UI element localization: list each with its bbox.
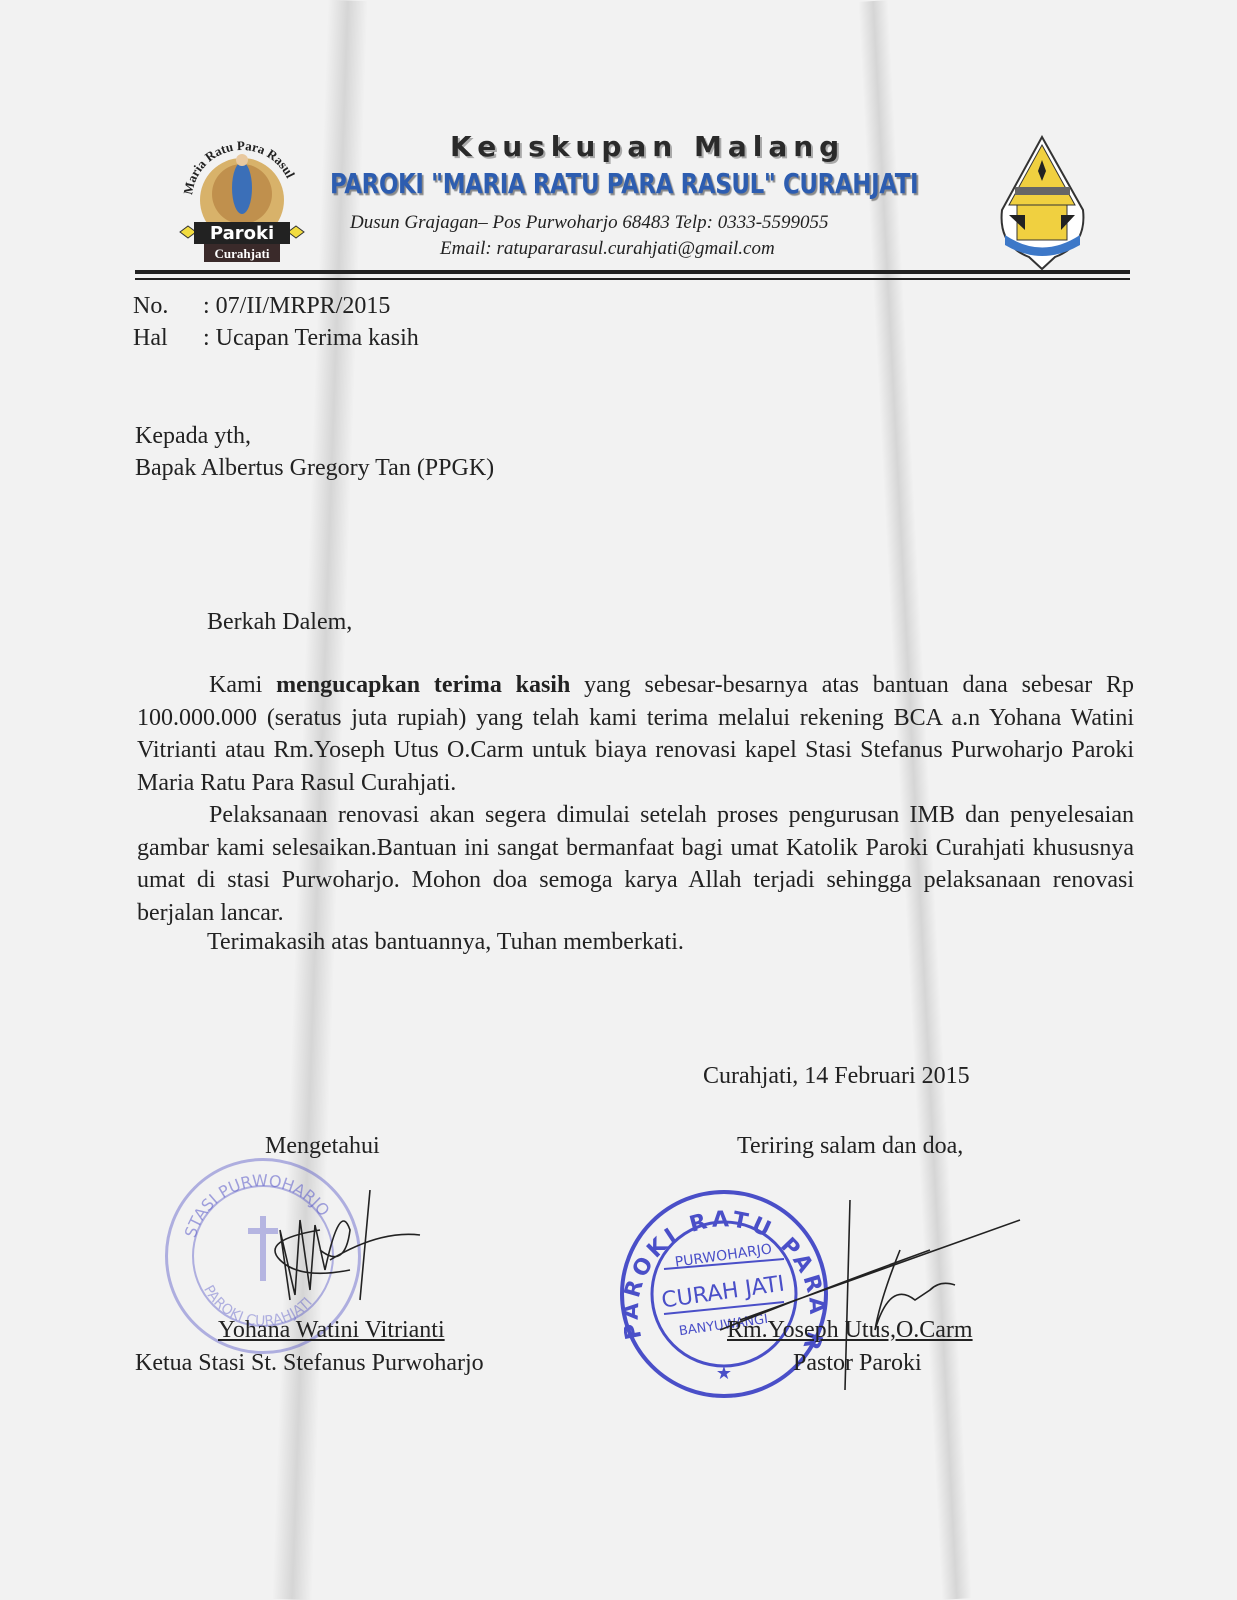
parish-address: Dusun Grajagan– Pos Purwoharjo 68483 Tel… bbox=[350, 212, 829, 234]
signature-left bbox=[260, 1190, 430, 1310]
body-paragraph-3: Terimakasih atas bantuannya, Tuhan membe… bbox=[207, 929, 684, 956]
emphasis-thanks: mengucapkan terima kasih bbox=[276, 672, 570, 698]
svg-text:Paroki: Paroki bbox=[210, 223, 274, 244]
body-paragraph-2: Pelaksanaan renovasi akan segera dimulai… bbox=[137, 799, 1134, 929]
diocese-logo bbox=[995, 135, 1090, 270]
left-signatory-name: Yohana Watini Vitrianti bbox=[218, 1317, 445, 1344]
svg-text:Curahjati: Curahjati bbox=[215, 246, 270, 261]
recipient-name: Bapak Albertus Gregory Tan (PPGK) bbox=[135, 455, 494, 482]
header-rule-thin bbox=[135, 278, 1130, 280]
diocese-coat-of-arms-icon bbox=[995, 135, 1090, 270]
header-rule-thick bbox=[135, 270, 1130, 274]
number-value: : 07/II/MRPR/2015 bbox=[203, 293, 390, 320]
recipient-salutation: Kepada yth, bbox=[135, 423, 251, 450]
marian-parish-emblem-icon: Maria Ratu Para Rasul Paroki Curahjati bbox=[170, 128, 315, 268]
left-signatory-title: Ketua Stasi St. Stefanus Purwoharjo bbox=[135, 1350, 484, 1377]
closing-greeting: Teriring salam dan doa, bbox=[737, 1133, 963, 1160]
greeting: Berkah Dalem, bbox=[207, 609, 352, 636]
diocese-name: Keuskupan Malang bbox=[450, 130, 845, 163]
parish-name: PAROKI "MARIA RATU PARA RASUL" CURAHJATI bbox=[330, 167, 918, 200]
body-paragraph-1: Kami mengucapkan terima kasih yang sebes… bbox=[137, 669, 1134, 799]
acknowledged-heading: Mengetahui bbox=[265, 1133, 380, 1160]
number-label: No. bbox=[133, 293, 168, 320]
subject-value: : Ucapan Terima kasih bbox=[203, 325, 419, 352]
place-date: Curahjati, 14 Februari 2015 bbox=[703, 1063, 970, 1090]
parish-email: Email: ratupararasul.curahjati@gmail.com bbox=[440, 238, 775, 260]
right-signatory-title: Pastor Paroki bbox=[793, 1350, 922, 1377]
right-signatory-name: Rm.Yoseph Utus,O.Carm bbox=[727, 1317, 973, 1344]
subject-label: Hal bbox=[133, 325, 168, 352]
parish-logo: Maria Ratu Para Rasul Paroki Curahjati bbox=[170, 128, 315, 268]
